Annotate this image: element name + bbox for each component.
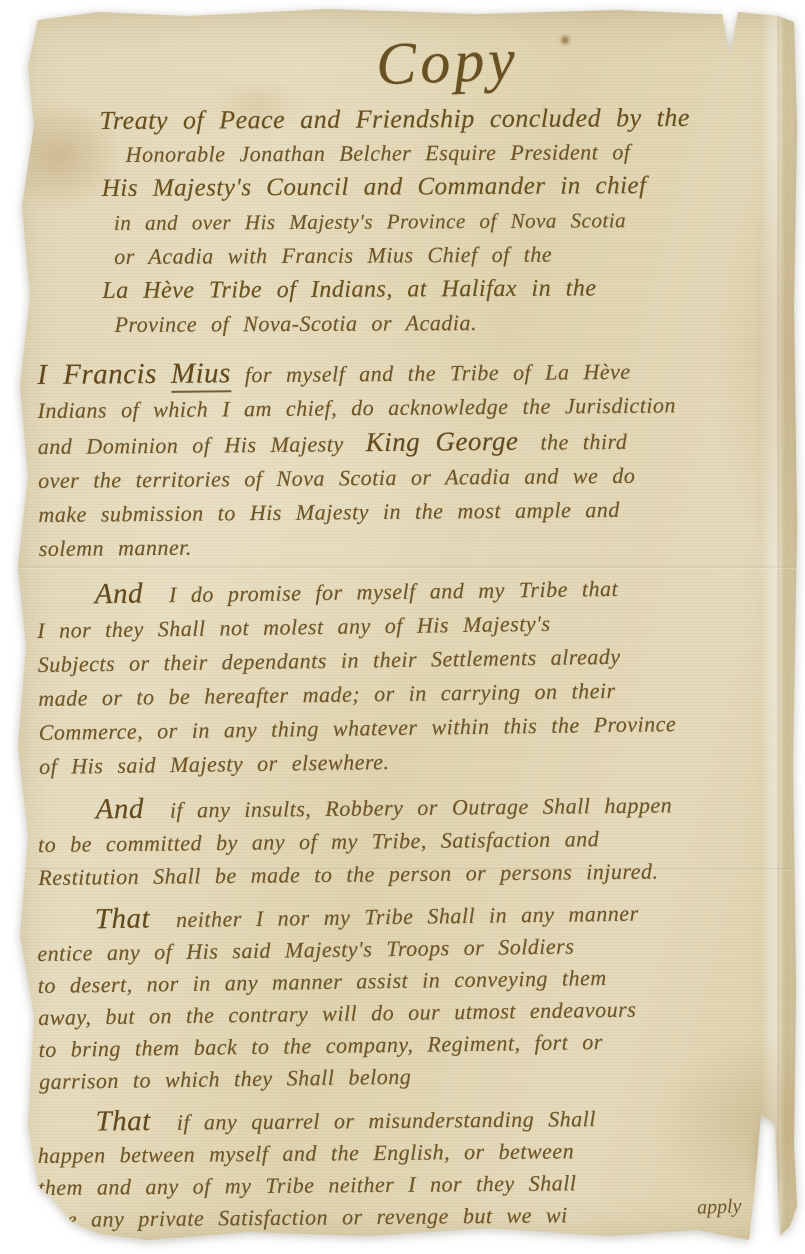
paragraph-lead: And	[95, 578, 144, 611]
paragraph-lead: And	[95, 793, 144, 826]
heading-line: or Acadia with Francis Mius Chief of the	[114, 236, 787, 274]
heading-line: in and over His Majesty's Province of No…	[114, 202, 787, 240]
paragraph-lead: That	[95, 1105, 150, 1137]
scanned-document: Copy Treaty of Peace and Friendship conc…	[0, 0, 805, 1254]
line-text: if any insults, Robbery or Outrage Shall…	[170, 792, 673, 822]
paragraph-restitution: And if any insults, Robbery or Outrage S…	[37, 786, 787, 894]
line-text: the third	[540, 429, 627, 455]
paragraph-lead: That	[95, 902, 151, 935]
manuscript-line: solemn manner.	[39, 525, 788, 566]
manuscript-line: take any private Satisfaction or revenge…	[38, 1197, 787, 1236]
catchword: apply	[696, 1195, 741, 1220]
king-name: King George	[366, 426, 519, 457]
heading-line: Province of Nova-Scotia or Acadia.	[114, 304, 787, 342]
paragraph-desertion: That neither I nor my Tribe Shall in any…	[37, 894, 789, 1098]
line-text: if any quarrel or misunderstanding Shall	[177, 1106, 596, 1135]
heading-line: Treaty of Peace and Friendship concluded…	[99, 100, 786, 138]
line-text: and Dominion of His Majesty	[38, 431, 344, 459]
heading-line: His Majesty's Council and Commander in c…	[102, 168, 787, 206]
line-text: for myself and the Tribe of La Hève	[245, 359, 631, 387]
paragraph-acknowledgement: I Francis Mius for myself and the Tribe …	[37, 351, 788, 566]
line-text: I do promise for myself and my Tribe tha…	[169, 576, 618, 607]
manuscript-line: Indians of which I am chief, do acknowle…	[37, 387, 786, 428]
line-text: neither I nor my Tribe Shall in any mann…	[176, 901, 639, 932]
manuscript-page: Copy Treaty of Peace and Friendship conc…	[8, 6, 797, 1246]
treaty-heading: Treaty of Peace and Friendship concluded…	[99, 100, 787, 342]
manuscript-line: Restitution Shall be made to the person …	[38, 853, 787, 894]
manuscript-content: Copy Treaty of Peace and Friendship conc…	[8, 6, 797, 1236]
paragraph-lead: I Francis	[37, 358, 157, 391]
chief-name: Mius	[171, 357, 231, 393]
heading-line: Honorable Jonathan Belcher Esquire Presi…	[126, 134, 787, 171]
heading-line: La Hève Tribe of Indians, at Halifax in …	[102, 270, 787, 308]
paragraph-promise: And I do promise for myself and my Tribe…	[37, 568, 789, 784]
paper-shadow: Copy Treaty of Peace and Friendship conc…	[0, 0, 805, 1254]
paragraph-quarrel: That if any quarrel or misunderstanding …	[37, 1099, 787, 1236]
